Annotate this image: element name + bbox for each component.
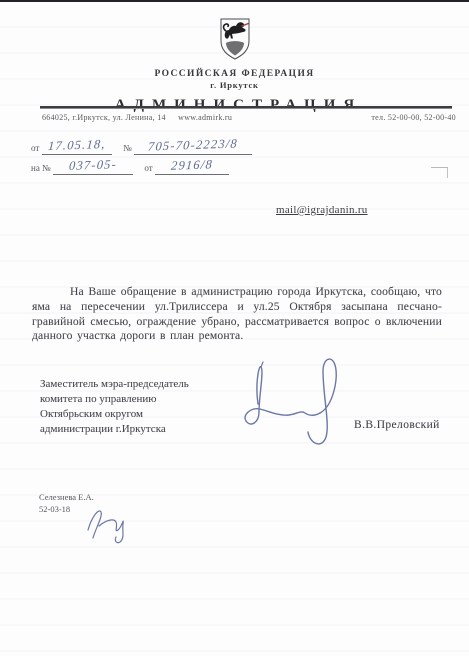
letterhead-country: РОССИЙСКАЯ ФЕДЕРАЦИЯ bbox=[0, 69, 469, 79]
signer-position-line: Октябрьским округом bbox=[40, 407, 189, 422]
number-label: № bbox=[123, 143, 132, 155]
handwritten-initials-icon bbox=[72, 502, 138, 544]
outgoing-reference-line: от 17.05.18, № 705-70-2223/8 bbox=[31, 138, 252, 158]
outgoing-date-field: 17.05.18, bbox=[42, 138, 112, 155]
handwritten-signature-icon bbox=[231, 356, 349, 451]
addressee-email: mail@igrajdanin.ru bbox=[276, 204, 368, 216]
postal-address-block: 664025, г.Иркутск, ул. Ленина, 14 www.ad… bbox=[42, 113, 242, 122]
incoming-number-handwritten: 037-05- bbox=[68, 157, 117, 174]
reply-date-label: от bbox=[144, 163, 152, 175]
signer-position-block: Заместитель мэра-председатель комитета п… bbox=[40, 377, 189, 437]
signer-name: В.В.Преловский bbox=[354, 419, 440, 431]
incoming-number-field: 037-05- bbox=[53, 158, 133, 175]
website-text: www.admirk.ru bbox=[178, 113, 232, 122]
incoming-date-handwritten: 2916/8 bbox=[171, 157, 214, 174]
irkutsk-coat-of-arms-icon bbox=[218, 17, 252, 61]
signer-position-line: Заместитель мэра-председатель bbox=[40, 377, 189, 392]
signer-position-line: администрации г.Иркутска bbox=[40, 422, 189, 437]
outgoing-date-handwritten: 17.05.18, bbox=[47, 137, 106, 154]
address-row: 664025, г.Иркутск, ул. Ленина, 14 www.ad… bbox=[42, 113, 456, 122]
incoming-date-field: 2916/8 bbox=[155, 158, 229, 175]
reply-to-label: на № bbox=[31, 163, 51, 175]
reference-block: от 17.05.18, № 705-70-2223/8 на № 037-05… bbox=[31, 138, 252, 178]
incoming-reference-line: на № 037-05- от 2916/8 bbox=[31, 158, 252, 178]
outgoing-number-handwritten: 705-70-2223/8 bbox=[147, 136, 238, 154]
stamp-box-corner-artifact bbox=[431, 167, 448, 178]
signer-position-line: комитета по управлению bbox=[40, 392, 189, 407]
scan-edge-artifact bbox=[0, 0, 469, 2]
from-label: от bbox=[31, 143, 39, 155]
letterhead-divider-rule bbox=[40, 106, 452, 109]
outgoing-number-field: 705-70-2223/8 bbox=[134, 138, 252, 155]
phones-text: тел. 52-00-00, 52-00-40 bbox=[371, 113, 456, 122]
letter-body-paragraph: На Ваше обращение в администрацию города… bbox=[32, 285, 442, 344]
letterhead: РОССИЙСКАЯ ФЕДЕРАЦИЯ г. Иркутск АДМИНИСТ… bbox=[0, 17, 469, 114]
postal-address: 664025, г.Иркутск, ул. Ленина, 14 bbox=[42, 113, 166, 122]
letterhead-city: г. Иркутск bbox=[0, 80, 469, 90]
scanned-letter-page: РОССИЙСКАЯ ФЕДЕРАЦИЯ г. Иркутск АДМИНИСТ… bbox=[0, 0, 469, 656]
